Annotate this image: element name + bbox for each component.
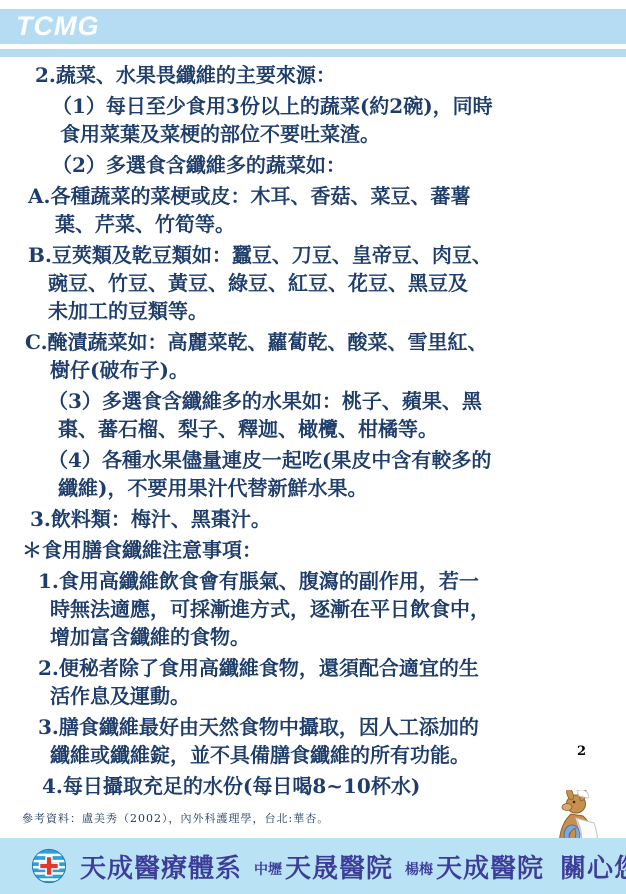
footer-branch1-city: 中壢 (254, 859, 282, 879)
footer-branch1-name: 天晟醫院 (285, 848, 393, 885)
body-line: 纖維或纖維錠，並不具備膳食纖維的所有功能。 (0, 741, 626, 769)
body-line: 活作息及運動。 (0, 682, 626, 710)
body-line: （1）每日至少食用3份以上的蔬菜(約2碗)，同時 (0, 92, 626, 120)
header-divider-strip (0, 49, 626, 57)
body-line: 2.便秘者除了食用高纖維食物，還須配合適宜的生 (0, 654, 626, 682)
footer-band: 天成醫療體系 中壢 天晟醫院 楊梅 天成醫院 關心您 (0, 838, 626, 894)
hospital-globe-cross-logo-icon (30, 847, 68, 885)
footer-org-name: 天成醫療體系 (80, 848, 242, 885)
footer-tagline: 關心您 (560, 848, 626, 885)
body-line: ＊食用膳食纖維注意事項： (0, 536, 626, 564)
body-line: （2）多選食含纖維多的蔬菜如： (0, 151, 626, 179)
header-band: TCMG (0, 9, 626, 44)
page-number: 2 (577, 744, 586, 759)
reference-citation: 參考資料：盧美秀（2002），內外科護理學，台北:華杏。 (22, 810, 329, 826)
body-line: （3）多選食含纖維多的水果如：桃子、蘋果、黑 (0, 387, 626, 415)
body-line: 4.每日攝取充足的水份(每日喝8~10杯水) (0, 772, 626, 800)
body-line: 棗、蕃石榴、梨子、釋迦、橄欖、柑橘等。 (0, 415, 626, 443)
document-page: TCMG 2.蔬菜、水果畏纖維的主要來源： （1）每日至少食用3份以上的蔬菜(約… (0, 0, 626, 894)
body-line: 纖維)，不要用果汁代替新鮮水果。 (0, 474, 626, 502)
document-body: 2.蔬菜、水果畏纖維的主要來源： （1）每日至少食用3份以上的蔬菜(約2碗)，同… (0, 61, 626, 800)
body-line: 3.飲料類：梅汁、黑棗汁。 (0, 505, 626, 533)
body-line: C.醃漬蔬菜如：高麗菜乾、蘿蔔乾、酸菜、雪里紅、 (0, 328, 626, 356)
body-line: 未加工的豆類等。 (0, 297, 626, 325)
footer-branch2-name: 天成醫院 (436, 848, 544, 885)
body-line: 豌豆、竹豆、黃豆、綠豆、紅豆、花豆、黑豆及 (0, 269, 626, 297)
body-line: B.豆莢類及乾豆類如：蠶豆、刀豆、皇帝豆、肉豆、 (0, 241, 626, 269)
body-line: 食用菜葉及菜梗的部位不要吐菜渣。 (0, 120, 626, 148)
body-line: A.各種蔬菜的菜梗或皮：木耳、香菇、菜豆、蕃薯 (0, 182, 626, 210)
body-line: 增加富含纖維的食物。 (0, 623, 626, 651)
body-line: （4）各種水果儘量連皮一起吃(果皮中含有較多的 (0, 446, 626, 474)
body-line: 時無法適應，可採漸進方式，逐漸在平日飲食中， (0, 595, 626, 623)
brand-logo-text: TCMG (0, 11, 99, 42)
body-line: 葉、芹菜、竹筍等。 (0, 210, 626, 238)
body-line: 2.蔬菜、水果畏纖維的主要來源： (0, 61, 626, 89)
body-line: 樹仔(破布子)。 (0, 356, 626, 384)
body-line: 3.膳食纖維最好由天然食物中攝取，因人工添加的 (0, 713, 626, 741)
body-line: 1.食用高纖維飲食會有脹氣、腹瀉的副作用，若一 (0, 567, 626, 595)
footer-branch2-city: 楊梅 (405, 859, 433, 879)
